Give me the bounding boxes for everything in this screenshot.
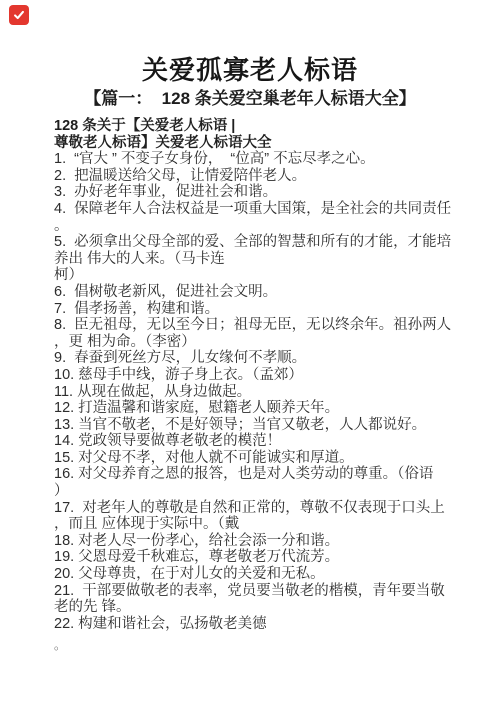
text-line: 4. 保障老年人合法权益是一项重大国策，是全社会的共同责任 xyxy=(54,201,450,218)
text-line: 6. 倡树敬老新风，促进社会文明。 xyxy=(54,284,450,301)
text-line: 。 xyxy=(54,218,450,235)
page-subtitle: 【篇一： 128 条关爱空巢老年人标语大全】 xyxy=(0,88,500,110)
text-line: 14. 党政领导要做尊老敬老的模范！ xyxy=(54,433,450,450)
text-line: 老的先 锋。 xyxy=(54,599,450,616)
text-line: 12. 打造温馨和谐家庭，慰籍老人颐养天年。 xyxy=(54,400,450,417)
document-page: { "badge": { "name": "red-brand-badge", … xyxy=(0,0,500,708)
text-line: 19. 父恩母爱千秋难忘，尊老敬老万代流芳。 xyxy=(54,549,450,566)
text-line: 18. 对老人尽一份孝心，给社会添一分和谐。 xyxy=(54,533,450,550)
text-line: 9. 春蚕到死丝方尽，儿女缘何不孝顺。 xyxy=(54,350,450,367)
text-line: 20. 父母尊贵，在于对儿女的关爱和无私。 xyxy=(54,566,450,583)
page-title: 关爱孤寡老人标语 xyxy=(0,54,500,86)
text-line: 11. 从现在做起，从身边做起。 xyxy=(54,384,450,401)
text-line: ） xyxy=(54,483,450,500)
text-line: 13. 当官不敬老，不是好领导；当官又敬老，人人都说好。 xyxy=(54,417,450,434)
text-line: ，而且 应体现于实际中。（戴 xyxy=(54,516,450,533)
text-line: 养出 伟大的人来。（马卡连 xyxy=(54,251,450,268)
text-line: 7. 倡孝扬善，构建和谐。 xyxy=(54,301,450,318)
slogan-list: 128 条关于【关爱老人标语 | 尊敬老人标语】关爱老人标语大全 1. “官大 … xyxy=(0,118,500,654)
text-line: 3. 办好老年事业，促进社会和谐。 xyxy=(54,184,450,201)
text-line: ，更 相为命。（李密） xyxy=(54,334,450,351)
red-brand-badge-icon xyxy=(9,5,29,25)
text-line: 。 xyxy=(54,637,450,654)
intro-line: 尊敬老人标语】关爱老人标语大全 xyxy=(54,135,450,152)
intro-line: 128 条关于【关爱老人标语 | xyxy=(54,118,450,135)
badge-glyph-icon xyxy=(12,8,26,22)
text-line: 16. 对父母养育之恩的报答，也是对人类劳动的尊重。（俗语 xyxy=(54,466,450,483)
text-line: 2. 把温暖送给父母，让情爱陪伴老人。 xyxy=(54,168,450,185)
text-line: 柯） xyxy=(54,267,450,284)
text-line: 5. 必须拿出父母全部的爱、全部的智慧和所有的才能，才能培 xyxy=(54,234,450,251)
text-line: 15. 对父母不孝，对他人就不可能诚实和厚道。 xyxy=(54,450,450,467)
text-line: 21. 干部要做敬老的表率，党员要当敬老的楷模，青年要当敬 xyxy=(54,583,450,600)
text-line: 10. 慈母手中线，游子身上衣。（孟郊） xyxy=(54,367,450,384)
text-line: 22. 构建和谐社会，弘扬敬老美德 xyxy=(54,616,450,633)
text-line: 1. “官大 ” 不变子女身份， “位高” 不忘尽孝之心。 xyxy=(54,151,450,168)
text-line: 8. 臣无祖母，无以至今日；祖母无臣，无以终余年。祖孙两人 xyxy=(54,317,450,334)
text-line: 17. 对老年人的尊敬是自然和正常的，尊敬不仅表现于口头上 xyxy=(54,500,450,517)
